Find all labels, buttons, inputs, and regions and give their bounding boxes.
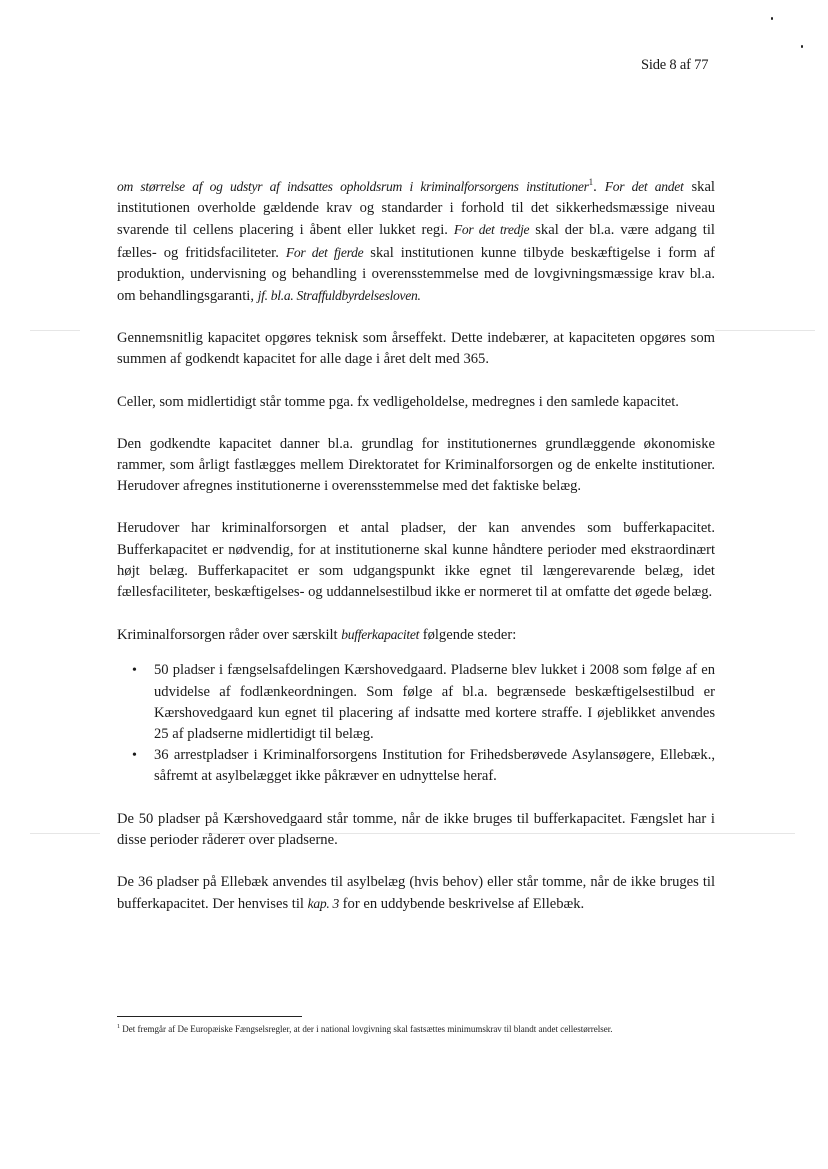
paragraph-ellebaek: De 36 pladser på Ellebæk anvendes til as… (117, 872, 715, 915)
page-number: Side 8 af 77 (641, 57, 708, 74)
list-item-text: 50 pladser i fængselsafdelingen Kærshove… (154, 662, 715, 742)
text-run: for en uddybende beskrivelse af Ellebæk. (339, 896, 584, 912)
list-item: • 36 arrestpladser i Kriminalforsorgens … (154, 745, 715, 787)
list-item: • 50 pladser i fængselsafdelingen Kærsho… (154, 660, 715, 745)
text-run: . (593, 179, 605, 195)
buffer-locations-list: • 50 pladser i fængselsafdelingen Kærsho… (117, 660, 715, 787)
scan-artifact-line (30, 833, 100, 834)
bullet-icon: • (132, 745, 137, 766)
text-run: følgende steder: (419, 627, 516, 643)
paragraph-empty-cells: Celler, som midlertidigt står tomme pga.… (117, 392, 715, 413)
italic-phrase: For det andet (605, 179, 684, 194)
paragraph-requirements: om størrelse af og udstyr af indsattes o… (117, 176, 715, 307)
paragraph-kaershovedgaard: De 50 pladser på Kærshovedgaard står tom… (117, 809, 715, 851)
paragraph-approved-capacity: Den godkendte kapacitet danner bl.a. gru… (117, 434, 715, 498)
italic-phrase: For det tredje (454, 222, 529, 237)
italic-phrase: om størrelse af og udstyr af indsattes o… (117, 179, 589, 194)
footnote-text: Det fremgår af De Europæiske Fængselsreg… (120, 1024, 613, 1034)
italic-phrase: bufferkapacitet (341, 627, 419, 642)
italic-phrase: For det fjerde (286, 245, 363, 260)
paragraph-buffer-locations-intro: Kriminalforsorgen råder over særskilt bu… (117, 624, 715, 646)
paragraph-buffer-capacity: Herudover har kriminalforsorgen et antal… (117, 518, 715, 603)
chapter-reference: kap. 3 (308, 896, 339, 911)
footnote-separator (117, 1016, 302, 1017)
document-body: om størrelse af og udstyr af indsattes o… (117, 176, 715, 936)
italic-phrase: jf. bl.a. Straffuldbyrdelsesloven. (258, 288, 421, 303)
scan-artifact-line (715, 330, 815, 331)
scan-speck (771, 17, 773, 20)
scan-artifact-line (30, 330, 80, 331)
list-item-text: 36 arrestpladser i Kriminalforsorgens In… (154, 747, 715, 784)
bullet-icon: • (132, 660, 137, 681)
text-run: Kriminalforsorgen råder over særskilt (117, 627, 341, 643)
footnote: 1 Det fremgår af De Europæiske Fængselsr… (117, 1023, 637, 1036)
scan-speck (801, 45, 803, 48)
paragraph-average-capacity: Gennemsnitlig kapacitet opgøres teknisk … (117, 328, 715, 370)
